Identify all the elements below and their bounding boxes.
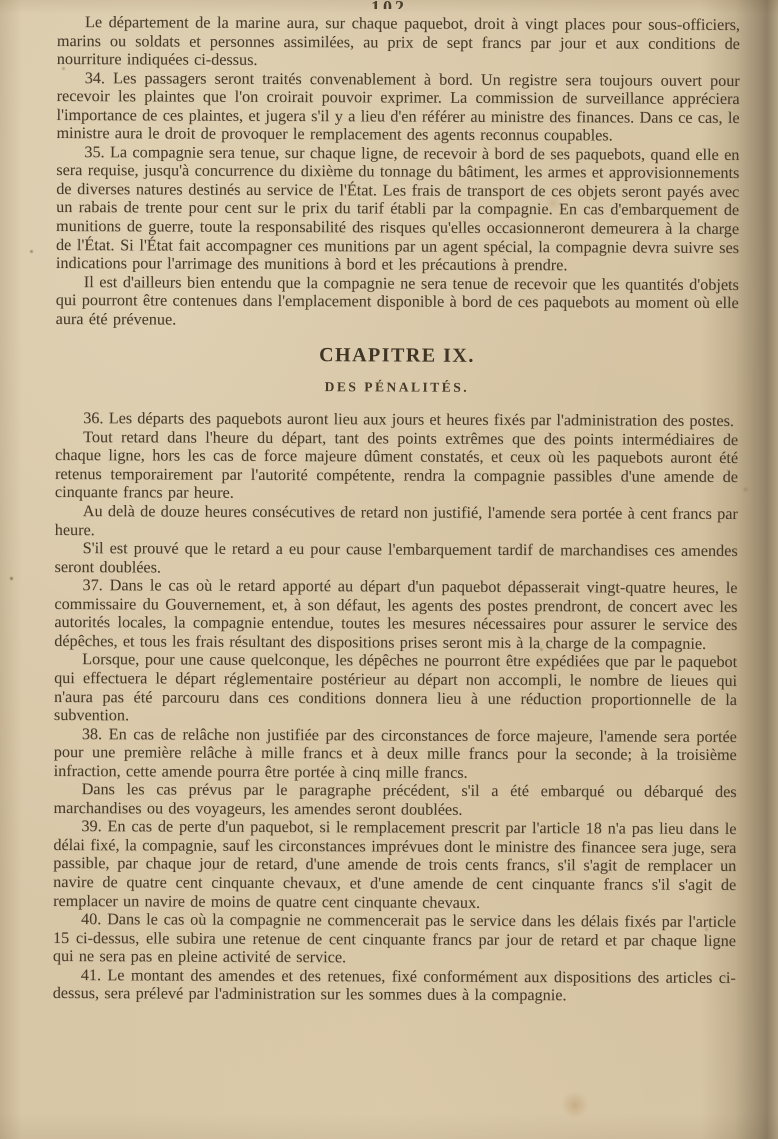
article-37: 37. Dans le cas où le retard apporté au … [54,576,737,653]
paragraph-retard-cause: S'il est prouvé que le retard a eu pour … [55,539,738,579]
page-number: 102 [371,0,407,9]
article-35: 35. La compagnie sera tenue, sur chaque … [56,143,740,276]
paragraph-lorsque: Lorsque, pour une cause quelconque, les … [54,650,737,727]
paragraph-marine-places: Le département de la marine aura, sur ch… [57,13,740,72]
chapter-heading: CHAPITRE IX. DES PÉNALITÉS. [55,343,738,396]
article-39: 39. En cas de perte d'un paquebot, si le… [53,817,736,913]
article-34: 34. Les passagers seront traités convena… [56,69,739,146]
text-column: Le département de la marine aura, sur ch… [53,13,740,1006]
paragraph-cas-prevus: Dans les cas prévus par le paragraphe pr… [53,780,736,820]
page-number-clipped: 102 [0,0,778,9]
chapter-title: CHAPITRE IX. [55,343,738,368]
scanned-book-page: 102 Le département de la marine aura, su… [0,0,778,1139]
article-40: 40. Dans le cas où la compagnie ne comme… [53,910,736,969]
paragraph-entendu: Il est d'ailleurs bien entendu que la co… [56,273,739,332]
paragraph-tout-retard: Tout retard dans l'heure du départ, tant… [55,428,738,505]
paragraph-douze-heures: Au delà de douze heures consécutives de … [55,502,738,542]
article-38: 38. En cas de relâche non justifiée par … [54,725,737,784]
article-41: 41. Le montant des amendes et des retenu… [53,966,736,1006]
chapter-subtitle: DES PÉNALITÉS. [55,378,738,396]
